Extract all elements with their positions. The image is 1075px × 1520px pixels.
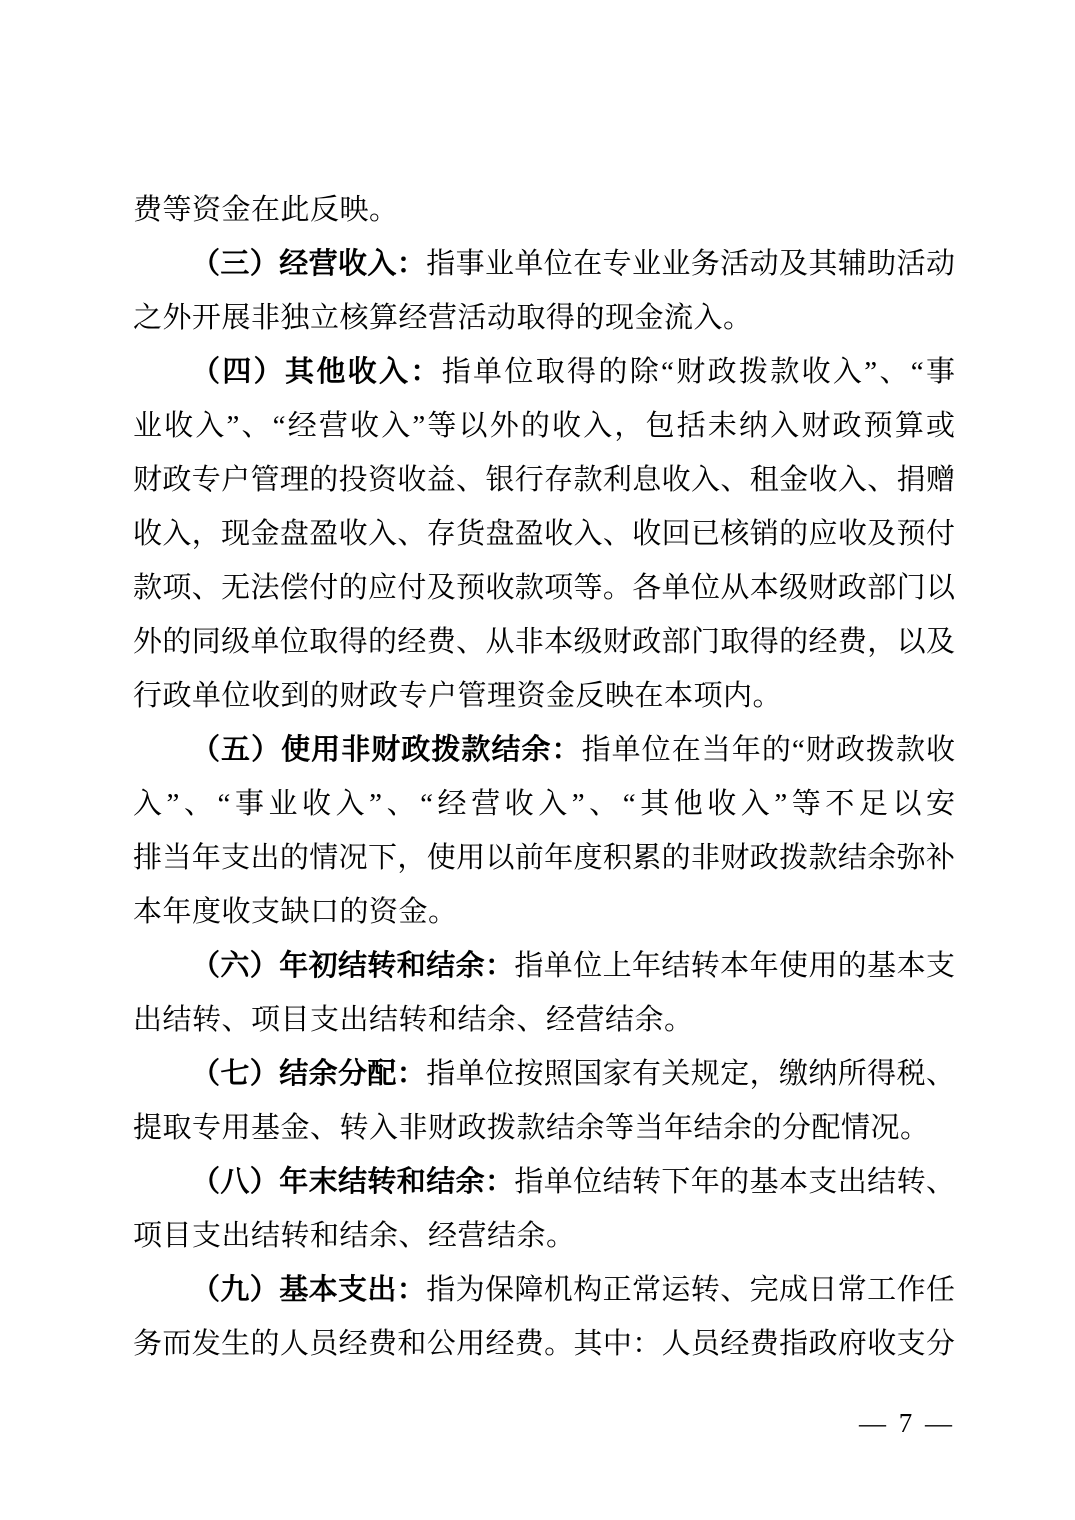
document-page: 费等资金在此反映。（三）经营收入：指事业单位在专业业务活动及其辅助活动之外开展非… — [0, 0, 1075, 1520]
text-line: 项目支出结转和结余、经营结余。 — [133, 1209, 955, 1263]
text-line: 外的同级单位取得的经费、从非本级财政部门取得的经费，以及 — [133, 615, 955, 669]
paragraph-text: 款项、无法偿付的应付及预收款项等。各单位从本级财政部门以 — [133, 572, 955, 604]
paragraph-text: 提取专用基金、转入非财政拨款结余等当年结余的分配情况。 — [133, 1112, 930, 1144]
text-line: 务而发生的人员经费和公用经费。其中：人员经费指政府收支分 — [133, 1317, 955, 1371]
paragraph-text: 指单位按照国家有关规定，缴纳所得税、 — [426, 1058, 955, 1090]
paragraph-heading: （八）年末结转和结余： — [191, 1166, 514, 1198]
text-line: 之外开展非独立核算经营活动取得的现金流入。 — [133, 291, 955, 345]
document-body: 费等资金在此反映。（三）经营收入：指事业单位在专业业务活动及其辅助活动之外开展非… — [133, 183, 955, 1371]
paragraph-text: 指为保障机构正常运转、完成日常工作任 — [426, 1274, 955, 1306]
paragraph-text: 项目支出结转和结余、经营结余。 — [133, 1220, 576, 1252]
page-footer: — 7 — — [133, 1405, 955, 1441]
paragraph-heading: （三）经营收入： — [191, 248, 426, 280]
paragraph-heading: （七）结余分配： — [191, 1058, 426, 1090]
paragraph-text: 财政专户管理的投资收益、银行存款利息收入、租金收入、捐赠 — [133, 464, 955, 496]
paragraph-text: 本年度收支缺口的资金。 — [133, 896, 458, 928]
text-line: 本年度收支缺口的资金。 — [133, 885, 955, 939]
paragraph-heading: （五）使用非财政拨款结余： — [191, 734, 582, 766]
text-line: （三）经营收入：指事业单位在专业业务活动及其辅助活动 — [133, 237, 955, 291]
paragraph-text: 排当年支出的情况下，使用以前年度积累的非财政拨款结余弥补 — [133, 842, 955, 874]
paragraph-text: 指单位取得的除“财政拨款收入”、“事 — [442, 356, 955, 388]
paragraph-text: 之外开展非独立核算经营活动取得的现金流入。 — [133, 302, 753, 334]
paragraph-heading: （六）年初结转和结余： — [191, 950, 514, 982]
paragraph-text: 收入，现金盘盈收入、存货盘盈收入、收回已核销的应收及预付 — [133, 518, 955, 550]
text-line: （八）年末结转和结余：指单位结转下年的基本支出结转、 — [133, 1155, 955, 1209]
paragraph-text: 指单位上年结转本年使用的基本支 — [514, 950, 955, 982]
text-line: （七）结余分配：指单位按照国家有关规定，缴纳所得税、 — [133, 1047, 955, 1101]
paragraph-text: 业收入”、“经营收入”等以外的收入，包括未纳入财政预算或 — [133, 410, 955, 442]
text-line: （九）基本支出：指为保障机构正常运转、完成日常工作任 — [133, 1263, 955, 1317]
paragraph-text: 务而发生的人员经费和公用经费。其中：人员经费指政府收支分 — [133, 1328, 955, 1360]
text-line: 款项、无法偿付的应付及预收款项等。各单位从本级财政部门以 — [133, 561, 955, 615]
paragraph-text: 外的同级单位取得的经费、从非本级财政部门取得的经费，以及 — [133, 626, 955, 658]
paragraph-text: 行政单位收到的财政专户管理资金反映在本项内。 — [133, 680, 782, 712]
text-line: 提取专用基金、转入非财政拨款结余等当年结余的分配情况。 — [133, 1101, 955, 1155]
text-line: 排当年支出的情况下，使用以前年度积累的非财政拨款结余弥补 — [133, 831, 955, 885]
text-line: 财政专户管理的投资收益、银行存款利息收入、租金收入、捐赠 — [133, 453, 955, 507]
paragraph-heading: （九）基本支出： — [191, 1274, 426, 1306]
paragraph-text: 指单位结转下年的基本支出结转、 — [514, 1166, 955, 1198]
text-line: 收入，现金盘盈收入、存货盘盈收入、收回已核销的应收及预付 — [133, 507, 955, 561]
paragraph-heading: （四）其他收入： — [191, 356, 442, 388]
text-line: （四）其他收入：指单位取得的除“财政拨款收入”、“事 — [133, 345, 955, 399]
text-line: 费等资金在此反映。 — [133, 183, 955, 237]
paragraph-text: 出结转、项目支出结转和结余、经营结余。 — [133, 1004, 694, 1036]
text-line: （六）年初结转和结余：指单位上年结转本年使用的基本支 — [133, 939, 955, 993]
text-line: 行政单位收到的财政专户管理资金反映在本项内。 — [133, 669, 955, 723]
text-line: 出结转、项目支出结转和结余、经营结余。 — [133, 993, 955, 1047]
paragraph-text: 指单位在当年的“财政拨款收 — [582, 734, 955, 766]
text-line: 入”、“事业收入”、“经营收入”、“其他收入”等不足以安 — [133, 777, 955, 831]
paragraph-text: 指事业单位在专业业务活动及其辅助活动 — [426, 248, 955, 280]
paragraph-text: 入”、“事业收入”、“经营收入”、“其他收入”等不足以安 — [133, 788, 955, 820]
paragraph-text: 费等资金在此反映。 — [133, 194, 399, 226]
page-number: — 7 — — [859, 1408, 955, 1438]
text-line: （五）使用非财政拨款结余：指单位在当年的“财政拨款收 — [133, 723, 955, 777]
text-line: 业收入”、“经营收入”等以外的收入，包括未纳入财政预算或 — [133, 399, 955, 453]
